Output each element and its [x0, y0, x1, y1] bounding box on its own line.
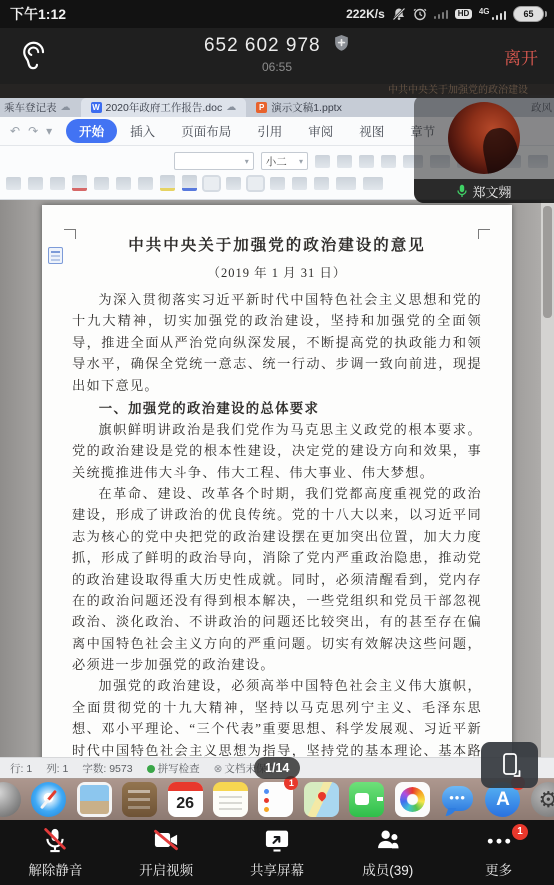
sim2-signal-icon: 4G	[479, 8, 506, 20]
calendar-icon[interactable]: 26	[168, 782, 203, 817]
spellcheck-ok-icon	[147, 765, 155, 773]
reminders-icon[interactable]: 1	[258, 782, 293, 817]
multilevel-list-icon[interactable]	[336, 177, 356, 190]
phonetic-guide-icon[interactable]	[381, 155, 396, 168]
start-video-button[interactable]: 开启视频	[111, 820, 222, 885]
strikethrough-icon[interactable]	[72, 175, 87, 191]
font-color-icon[interactable]	[182, 175, 197, 191]
maps-icon[interactable]	[304, 782, 339, 817]
italic-icon[interactable]	[28, 177, 43, 190]
page-indicator: 1/14	[254, 757, 300, 779]
meeting-header: 652 602 978 06:55 离开	[0, 28, 554, 84]
doc-paragraph: 在革命、建设、改革各个时期，我们党都高度重视党的政治建设，形成了讲政治的优良传统…	[72, 483, 482, 675]
ribbon-tab-review[interactable]: 审阅	[295, 119, 346, 143]
battery-indicator: 65	[513, 6, 544, 22]
alarm-clock-icon	[413, 7, 427, 21]
underline-icon[interactable]	[50, 177, 65, 190]
share-screen-button[interactable]: 共享屏幕	[222, 820, 333, 885]
unsaved-icon: ⊗	[214, 763, 223, 775]
clock-time: 下午1:12	[10, 4, 66, 24]
bold-icon[interactable]	[6, 177, 21, 190]
network-speed: 222K/s	[346, 7, 385, 21]
shield-plus-icon[interactable]	[333, 34, 350, 57]
ribbon-tab-page-layout[interactable]: 页面布局	[168, 119, 244, 143]
decrease-font-icon[interactable]	[337, 155, 352, 168]
text-effects-icon[interactable]	[138, 177, 153, 190]
status-word-count[interactable]: 字数: 9573	[82, 761, 132, 776]
safari-icon[interactable]	[31, 782, 66, 817]
notes-icon[interactable]	[213, 782, 248, 817]
undo-icon[interactable]: ↶	[10, 124, 20, 138]
document-canvas: 中共中央关于加强党的政治建设的意见 （2019 年 1 月 31 日） 为深入贯…	[0, 200, 554, 757]
android-status-bar: 下午1:12 222K/s HD 4G 65	[0, 0, 554, 28]
history-dropdown-icon[interactable]: ▾	[46, 124, 52, 138]
messages-icon[interactable]: •••	[440, 782, 475, 817]
photos-icon[interactable]	[395, 782, 430, 817]
calendar-header	[168, 782, 203, 791]
margin-crop-mark	[64, 229, 76, 239]
ribbon-tab-view[interactable]: 视图	[346, 119, 397, 143]
hd-voice-icon: HD	[455, 9, 472, 19]
camera-off-icon	[151, 826, 181, 854]
font-name-combobox[interactable]: ▾	[174, 152, 254, 170]
paste-options-icon[interactable]	[48, 247, 63, 264]
mic-muted-icon	[40, 826, 70, 854]
doc-tab-report[interactable]: W 2020年政府工作报告.doc ☁	[81, 98, 247, 117]
doc-paragraph: 旗帜鲜明讲政治是我们党作为马克思主义政党的根本要求。党的政治建设是党的根本性建设…	[72, 419, 482, 483]
unmute-button[interactable]: 解除静音	[0, 820, 111, 885]
contacts-icon[interactable]	[122, 782, 157, 817]
doc-tab-register[interactable]: 乘车登记表 ☁	[0, 98, 81, 117]
align-right-icon[interactable]	[270, 177, 285, 190]
highlight-color-icon[interactable]	[160, 175, 175, 191]
calendar-day: 26	[168, 792, 203, 816]
participant-avatar	[448, 102, 520, 174]
shared-screen: 中共中央关于加强党的政治建设 乘车登记表 ☁ W 2020年政府工作报告.doc…	[0, 84, 554, 778]
system-preferences-icon[interactable]: ⚙	[531, 782, 554, 817]
more-button[interactable]: 1 更多	[443, 820, 554, 885]
distribute-text-icon[interactable]	[314, 177, 329, 190]
doc-paragraph: 为深入贯彻落实习近平新时代中国特色社会主义思想和党的十九大精神，切实加强党的政治…	[72, 289, 482, 396]
increase-font-icon[interactable]	[315, 155, 330, 168]
cloud-sync-icon: ☁	[226, 102, 236, 113]
character-shading-icon[interactable]	[204, 177, 219, 190]
writer-file-icon: W	[91, 102, 102, 113]
leave-meeting-button[interactable]: 离开	[504, 44, 538, 69]
status-line: 行: 1	[10, 761, 32, 776]
font-size-combobox[interactable]: 小二▾	[261, 152, 308, 170]
document-page[interactable]: 中共中央关于加强党的政治建设的意见 （2019 年 1 月 31 日） 为深入贯…	[42, 205, 512, 757]
ribbon-tab-home[interactable]: 开始	[66, 119, 117, 143]
doc-heading: 一、加强党的政治建设的总体要求	[72, 398, 482, 417]
phone-screen: 下午1:12 222K/s HD 4G 65	[0, 0, 554, 885]
more-dots-icon	[484, 826, 514, 854]
doc-date: （2019 年 1 月 31 日）	[72, 263, 482, 281]
status-column: 列: 1	[46, 761, 68, 776]
ribbon-tab-references[interactable]: 引用	[244, 119, 295, 143]
doc-title: 中共中央关于加强党的政治建设的意见	[72, 233, 482, 255]
meeting-toolbar: 解除静音 开启视频 共享屏幕 成员(39	[0, 820, 554, 885]
meeting-id: 652 602 978	[204, 35, 321, 57]
align-left-icon[interactable]	[226, 177, 241, 190]
siri-icon[interactable]	[0, 782, 21, 817]
participant-video-tile[interactable]: 郑文翙	[414, 95, 554, 203]
status-spellcheck[interactable]: 拼写检查	[147, 761, 200, 776]
doc-paragraph: 加强党的政治建设，必须高举中国特色社会主义伟大旗帜，全面贯彻党的十九大精神，坚持…	[72, 675, 482, 757]
vertical-scrollbar[interactable]	[541, 200, 554, 757]
scrollbar-thumb[interactable]	[543, 206, 552, 318]
share-screen-icon	[262, 826, 292, 854]
notification-badge: 1	[512, 824, 528, 840]
align-center-icon[interactable]	[248, 177, 263, 190]
mic-active-icon	[456, 184, 468, 198]
mac-dock: 26 1 ••• A ⚙	[0, 778, 554, 820]
superscript-icon[interactable]	[94, 177, 109, 190]
meeting-duration: 06:55	[0, 60, 554, 74]
mute-bell-icon	[392, 7, 406, 21]
envelope-icon[interactable]	[363, 177, 383, 190]
members-button[interactable]: 成员(39)	[332, 820, 443, 885]
rotate-phone-icon	[497, 751, 523, 779]
redo-icon[interactable]: ↷	[28, 124, 38, 138]
participant-name: 郑文翙	[472, 182, 511, 201]
subscript-icon[interactable]	[116, 177, 131, 190]
justify-icon[interactable]	[292, 177, 307, 190]
rotate-screen-button[interactable]	[481, 742, 538, 788]
facetime-icon[interactable]	[349, 782, 384, 817]
presentation-file-icon: P	[256, 102, 267, 113]
clear-format-icon[interactable]	[359, 155, 374, 168]
margin-crop-mark	[478, 229, 490, 239]
ribbon-tab-insert[interactable]: 插入	[117, 119, 168, 143]
sim1-signal-icon	[434, 10, 449, 19]
cloud-sync-icon: ☁	[61, 102, 71, 113]
preview-icon[interactable]	[77, 782, 112, 817]
members-icon	[373, 826, 403, 854]
doc-tab-presentation[interactable]: P 演示文稿1.pptx	[246, 98, 352, 117]
